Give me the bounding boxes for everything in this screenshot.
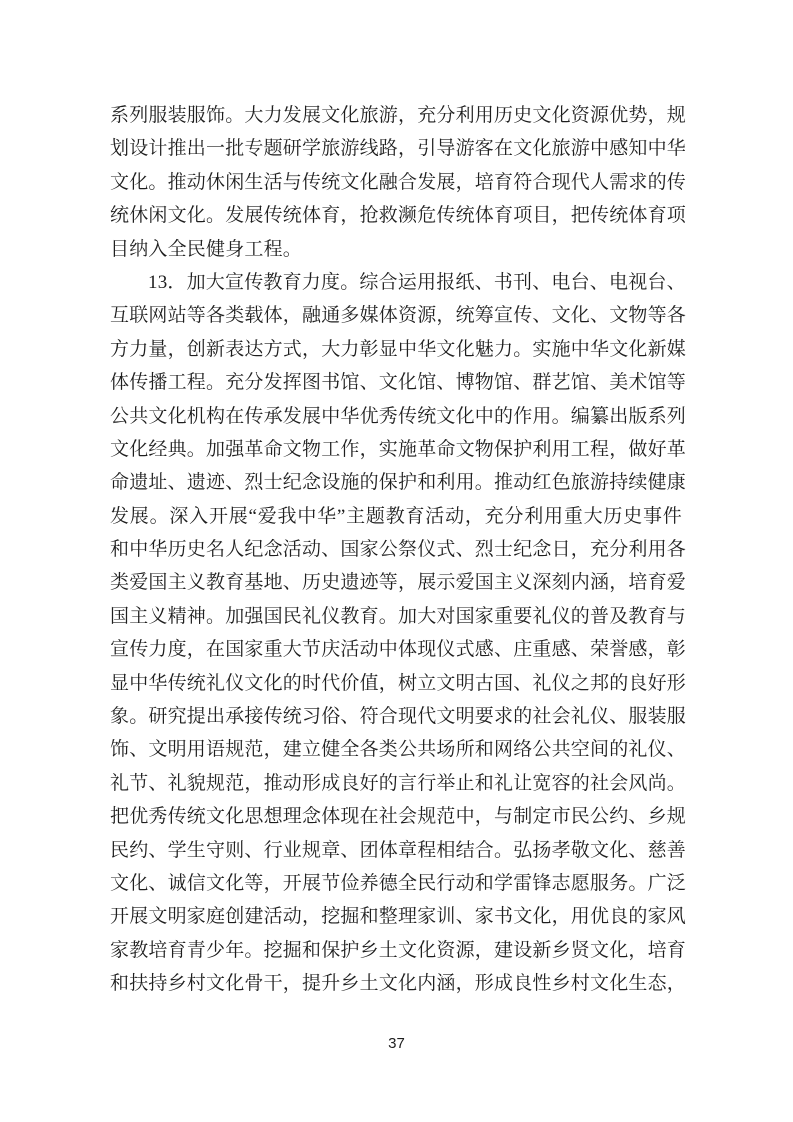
text-line: 民约、学生守则、行业规章、团体章程相结合。弘扬孝敬文化、慈善: [110, 834, 682, 867]
text-line: 家教培育青少年。挖掘和保护乡土文化资源，建设新乡贤文化，培育: [110, 934, 682, 967]
text-line: 系列服装服饰。大力发展文化旅游，充分利用历史文化资源优势，规: [110, 99, 682, 132]
text-line: 和中华历史名人纪念活动、国家公祭仪式、烈士纪念日，充分利用各: [110, 533, 682, 566]
text-line: 公共文化机构在传承发展中华优秀传统文化中的作用。编纂出版系列: [110, 400, 682, 433]
document-page: 系列服装服饰。大力发展文化旅游，充分利用历史文化资源优势，规 划设计推出一批专题…: [0, 0, 793, 1122]
text-line: 礼节、礼貌规范，推动形成良好的言行举止和礼让宽容的社会风尚。: [110, 767, 682, 800]
text-line: 文化经典。加强革命文物工作，实施革命文物保护利用工程，做好革: [110, 433, 682, 466]
text-line-item-13: 13．加大宣传教育力度。综合运用报纸、书刊、电台、电视台、: [110, 266, 682, 299]
text-line: 国主义精神。加强国民礼仪教育。加大对国家重要礼仪的普及教育与: [110, 600, 682, 633]
text-line: 文化、诚信文化等，开展节俭养德全民行动和学雷锋志愿服务。广泛: [110, 867, 682, 900]
text-line: 和扶持乡村文化骨干，提升乡土文化内涵，形成良性乡村文化生态，: [110, 967, 682, 1000]
page-number: 37: [0, 1034, 793, 1054]
text-line: 体传播工程。充分发挥图书馆、文化馆、博物馆、群艺馆、美术馆等: [110, 366, 682, 399]
text-line: 划设计推出一批专题研学旅游线路，引导游客在文化旅游中感知中华: [110, 132, 682, 165]
text-line: 方力量，创新表达方式，大力彰显中华文化魅力。实施中华文化新媒: [110, 333, 682, 366]
text-line: 象。研究提出承接传统习俗、符合现代文明要求的社会礼仪、服装服: [110, 700, 682, 733]
text-line: 饰、文明用语规范，建立健全各类公共场所和网络公共空间的礼仪、: [110, 733, 682, 766]
text-line: 把优秀传统文化思想理念体现在社会规范中，与制定市民公约、乡规: [110, 800, 682, 833]
text-line: 文化。推动休闲生活与传统文化融合发展，培育符合现代人需求的传: [110, 166, 682, 199]
text-line: 显中华传统礼仪文化的时代价值，树立文明古国、礼仪之邦的良好形: [110, 667, 682, 700]
text-line: 统休闲文化。发展传统体育，抢救濒危传统体育项目，把传统体育项: [110, 199, 682, 232]
text-line: 开展文明家庭创建活动，挖掘和整理家训、家书文化，用优良的家风: [110, 900, 682, 933]
text-line: 宣传力度，在国家重大节庆活动中体现仪式感、庄重感、荣誉感，彰: [110, 633, 682, 666]
text-line: 发展。深入开展“爱我中华”主题教育活动，充分利用重大历史事件: [110, 500, 682, 533]
text-line: 目纳入全民健身工程。: [110, 233, 682, 266]
body-text: 系列服装服饰。大力发展文化旅游，充分利用历史文化资源优势，规 划设计推出一批专题…: [110, 99, 682, 1001]
text-line: 类爱国主义教育基地、历史遗迹等，展示爱国主义深刻内涵，培育爱: [110, 566, 682, 599]
text-line: 互联网站等各类载体，融通多媒体资源，统筹宣传、文化、文物等各: [110, 299, 682, 332]
text-line: 命遗址、遗迹、烈士纪念设施的保护和利用。推动红色旅游持续健康: [110, 466, 682, 499]
